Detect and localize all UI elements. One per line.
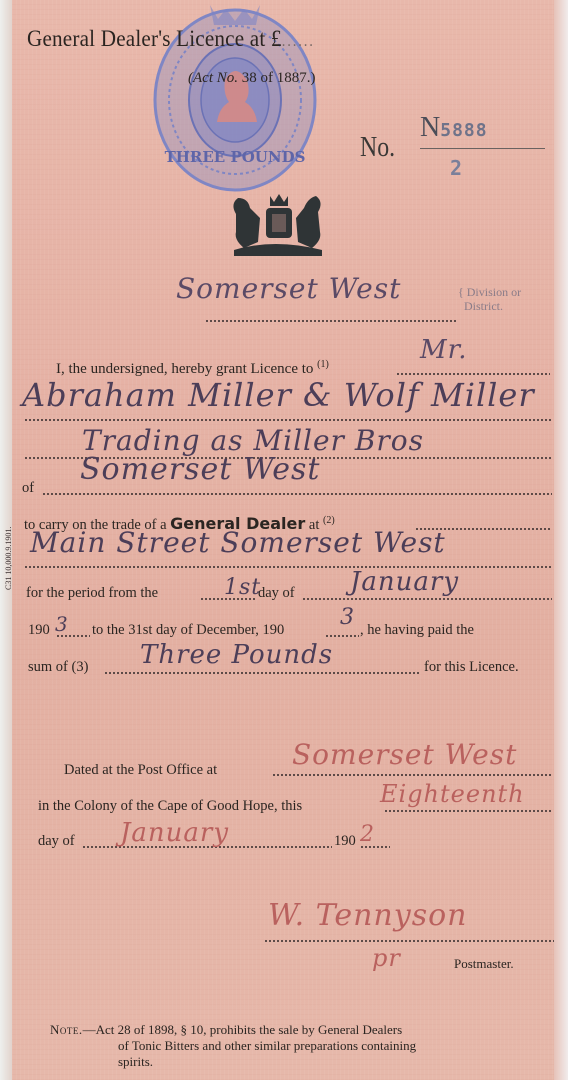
period-from-label: for the period from the: [26, 585, 158, 602]
sum-label: sum of (3): [28, 659, 88, 676]
period-year-prefix: 190: [28, 622, 50, 639]
dated-year-dotline: [360, 846, 390, 848]
licence-number-rule: [420, 148, 545, 149]
title-text: General Dealer's Licence at £: [27, 26, 282, 51]
licensee-names-handwritten: Abraham Miller & Wolf Miller: [22, 376, 535, 414]
licence-number-prefix: N: [420, 112, 440, 143]
note-line-2: of Tonic Bitters and other similar prepa…: [50, 1038, 560, 1054]
trade-footnote: (2): [323, 515, 335, 526]
of-label: of: [22, 480, 34, 497]
act-prefix: (Act No.: [188, 70, 238, 86]
grant-text: I, the undersigned, hereby grant Licence…: [56, 361, 313, 377]
licensee-dotline-3: [42, 493, 552, 495]
period-to-label: to the 31st day of December, 190: [92, 622, 284, 639]
licence-number-denominator: 2: [450, 156, 462, 180]
colony-label: in the Colony of the Cape of Good Hope, …: [38, 798, 302, 815]
grant-footnote: (1): [317, 359, 329, 370]
document-title: General Dealer's Licence at £......: [27, 26, 315, 52]
title-dots: ......: [282, 33, 315, 50]
address-dotline: [24, 566, 552, 568]
period-paid-label: , he having paid the: [360, 622, 474, 639]
note-line-3: spirits.: [50, 1054, 560, 1070]
sum-dotline: [104, 672, 420, 674]
division-dotline: [205, 320, 457, 322]
licensee-dotline-1: [24, 419, 552, 421]
sum-amount-handwritten: Three Pounds: [140, 640, 333, 670]
grant-title-handwritten: Mr.: [420, 335, 467, 365]
period-month-dotline: [302, 598, 552, 600]
print-run-code: C31 10,000.9.1901.: [4, 527, 13, 590]
dated-day-of-label: day of: [38, 833, 75, 850]
licence-document: THREE POUNDS General Dealer's Licence at…: [0, 0, 568, 1080]
signature-per: pr: [372, 944, 401, 972]
legal-note: Note.—Act 28 of 1898, § 10, prohibits th…: [50, 1022, 560, 1070]
period-day-handwritten: 1st: [224, 575, 261, 600]
sum-prefix: sum of: [28, 659, 68, 675]
licence-number-label: No.: [360, 132, 395, 164]
division-label: Division or: [467, 285, 521, 299]
period-start-year-digit: 3: [55, 612, 69, 636]
licence-number: 5888: [440, 120, 487, 141]
division-or-district-label: { Division or District.: [458, 285, 521, 313]
sum-footnote: (3): [72, 659, 89, 675]
post-office-dotline: [272, 774, 552, 776]
licensee-location-handwritten: Somerset West: [80, 452, 321, 487]
period-end-year-dotline: [325, 635, 359, 637]
dated-post-office-label: Dated at the Post Office at: [64, 762, 217, 779]
trade-address-handwritten: Main Street Somerset West: [30, 526, 446, 559]
postmaster-label: Postmaster.: [454, 956, 514, 972]
period-month-handwritten: January: [350, 567, 459, 597]
period-end-year-digit: 3: [340, 605, 355, 630]
postmaster-signature: W. Tennyson: [268, 898, 467, 933]
act-reference: (Act No. 38 of 1887.): [188, 70, 316, 87]
sum-suffix: for this Licence.: [424, 659, 519, 676]
dated-day-dotline: [384, 810, 552, 812]
dated-month-handwritten: January: [120, 818, 229, 848]
svg-text:THREE POUNDS: THREE POUNDS: [165, 148, 306, 166]
dated-year-digit: 2: [360, 822, 375, 847]
grant-dotline: [396, 373, 550, 375]
post-office-handwritten: Somerset West: [292, 738, 517, 771]
licence-number-value: N5888: [420, 112, 488, 144]
dated-year-prefix: 190: [334, 833, 356, 850]
note-line-1: —Act 28 of 1898, § 10, prohibits the sal…: [83, 1022, 403, 1037]
dated-day-handwritten: Eighteenth: [380, 780, 525, 808]
coat-of-arms-icon: [222, 192, 334, 260]
scan-right-edge: [554, 0, 568, 1080]
act-suffix: 38 of 1887.): [242, 70, 316, 86]
signature-dotline: [264, 940, 554, 942]
district-label: District.: [464, 299, 503, 313]
period-start-year-dotline: [56, 635, 90, 637]
period-day-of-label: day of: [258, 585, 295, 602]
note-label: Note.: [50, 1022, 83, 1037]
division-handwritten: Somerset West: [176, 272, 401, 305]
